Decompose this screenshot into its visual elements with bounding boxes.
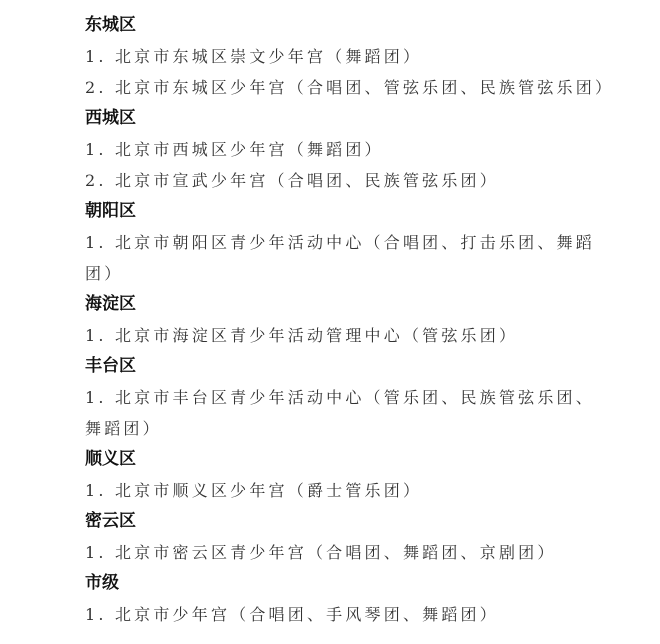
list-item: 1. 北京市少年宫（合唱团、手风琴团、舞蹈团）: [85, 599, 585, 630]
section-heading-haidian: 海淀区: [85, 289, 585, 320]
list-item: 2. 北京市宣武少年宫（合唱团、民族管弦乐团）: [85, 165, 585, 196]
list-item: 1. 北京市丰台区青少年活动中心（管乐团、民族管弦乐团、: [85, 382, 585, 413]
section-heading-miyun: 密云区: [85, 506, 585, 537]
list-item: 1. 北京市东城区崇文少年宫（舞蹈团）: [85, 41, 585, 72]
section-heading-xicheng: 西城区: [85, 103, 585, 134]
list-item: 1. 北京市朝阳区青少年活动中心（合唱团、打击乐团、舞蹈: [85, 227, 585, 258]
section-heading-chaoyang: 朝阳区: [85, 196, 585, 227]
section-heading-dongcheng: 东城区: [85, 10, 585, 41]
list-item-continuation: 团）: [85, 258, 585, 289]
list-item: 1. 北京市顺义区少年宫（爵士管乐团）: [85, 475, 585, 506]
section-heading-fengtai: 丰台区: [85, 351, 585, 382]
section-heading-shunyi: 顺义区: [85, 444, 585, 475]
section-heading-municipal: 市级: [85, 568, 585, 599]
list-item: 1. 北京市西城区少年宫（舞蹈团）: [85, 134, 585, 165]
list-item: 2. 北京市东城区少年宫（合唱团、管弦乐团、民族管弦乐团）: [85, 72, 585, 103]
list-item: 1. 北京市海淀区青少年活动管理中心（管弦乐团）: [85, 320, 585, 351]
list-item-continuation: 舞蹈团）: [85, 413, 585, 444]
document-body: 东城区 1. 北京市东城区崇文少年宫（舞蹈团） 2. 北京市东城区少年宫（合唱团…: [85, 10, 585, 630]
list-item: 1. 北京市密云区青少年宫（合唱团、舞蹈团、京剧团）: [85, 537, 585, 568]
